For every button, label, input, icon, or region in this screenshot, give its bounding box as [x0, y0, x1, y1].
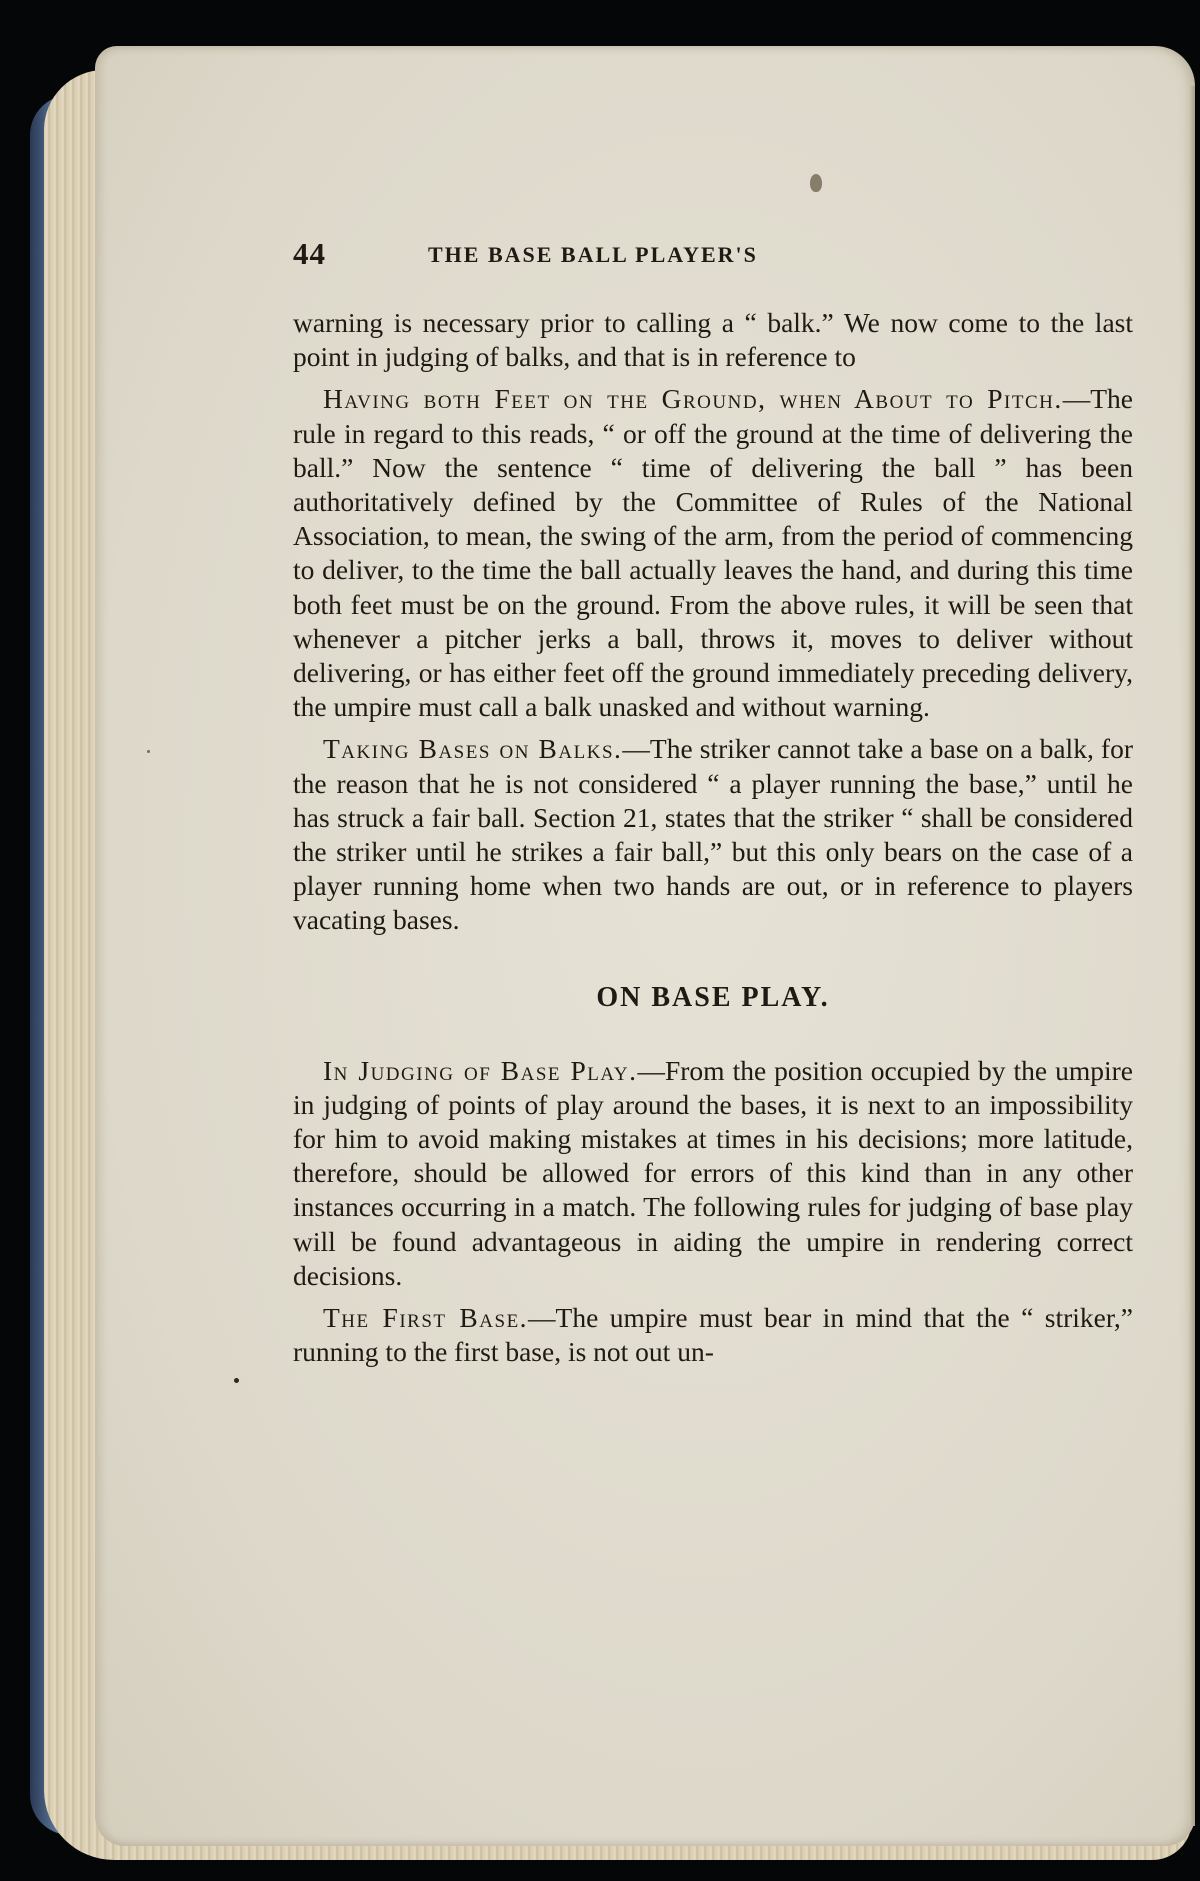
paragraph-heading: Taking Bases on Balks.: [323, 733, 622, 764]
paragraph-text: warning is necessary prior to calling a …: [293, 307, 1133, 372]
section-heading: ON BASE PLAY.: [293, 982, 1133, 1014]
paragraph-taking-bases: Taking Bases on Balks.—The striker canno…: [293, 732, 1133, 937]
paragraph-heading: In Judging of Base Play.: [323, 1055, 637, 1086]
paragraph-judging-base-play: In Judging of Base Play.—From the positi…: [293, 1054, 1133, 1293]
paragraph-first-base: The First Base.—The umpire must bear in …: [293, 1301, 1133, 1369]
running-head: 44 THE BASE BALL PLAYER'S: [293, 236, 1133, 280]
paragraph-heading: The First Base.: [323, 1302, 528, 1333]
paragraph-text: —From the position occupied by the umpir…: [293, 1055, 1133, 1291]
paper-stain: [810, 174, 822, 192]
page-content: 44 THE BASE BALL PLAYER'S warning is nec…: [293, 236, 1133, 1377]
running-title: THE BASE BALL PLAYER'S: [428, 242, 758, 268]
paragraph-text: —The rule in regard to this reads, “ or …: [293, 383, 1133, 722]
margin-ink-dot: [147, 750, 150, 753]
margin-ink-dot: [234, 1378, 239, 1383]
paragraph-both-feet: Having both Feet on the Ground, when Abo…: [293, 382, 1133, 724]
paragraph-balk-warning: warning is necessary prior to calling a …: [293, 306, 1133, 374]
page-gutter-shadow: [1189, 86, 1195, 1826]
page-number: 44: [293, 236, 326, 272]
paragraph-heading: Having both Feet on the Ground, when Abo…: [323, 383, 1063, 414]
